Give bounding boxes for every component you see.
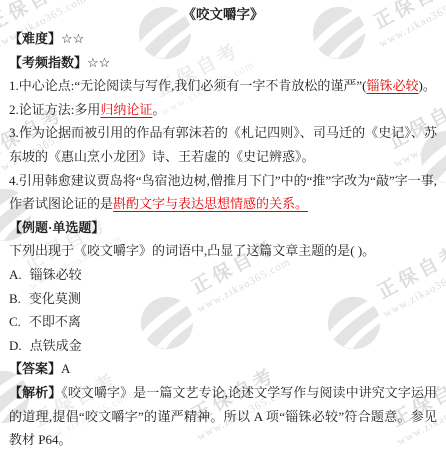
option-text: 不即不离	[29, 314, 81, 329]
answer-value: A	[61, 361, 70, 376]
note-paragraph: 4.引用韩愈建议贾岛将“鸟宿池边树,僧推月下门”中的“推”字改为“敲”字一事,作…	[9, 169, 437, 216]
analysis-row: 【解析】《咬文嚼字》是一篇文艺专论,论述文学写作与阅读中讲究文字运用的道理,提倡…	[9, 381, 437, 451]
highlighted-term: 锱铢必较	[366, 78, 418, 93]
option-row: B.变化莫测	[9, 287, 437, 311]
answer-row: 【答案】A	[9, 357, 437, 381]
page-title: 《咬文嚼字》	[9, 3, 437, 27]
frequency-stars: ☆☆	[87, 55, 110, 70]
option-text: 点铁成金	[30, 338, 82, 353]
note-text: 。	[152, 102, 165, 117]
answer-label: 【答案】	[9, 361, 61, 376]
option-row: D.点铁成金	[9, 334, 437, 358]
difficulty-stars: ☆☆	[61, 31, 84, 46]
note-paragraph: 3.作为论据而被引用的作品有郭沫若的《札记四则》、司马迁的《史记》、苏东坡的《惠…	[9, 121, 437, 168]
note-paragraph: 2.论证方法:多用归纳论证。	[9, 98, 437, 122]
notes-list: 1.中心论点:“无论阅读与写作,我们必须有一字不肯放松的谨严”(锱铢必较)。2.…	[9, 74, 437, 216]
option-row: A.锱铢必较	[9, 263, 437, 287]
difficulty-label: 【难度】	[9, 31, 61, 46]
highlighted-term: 斟酌文字与表达思想情感的关系。	[113, 196, 308, 211]
option-text: 变化莫测	[29, 291, 81, 306]
option-key: A.	[9, 267, 22, 282]
option-row: C.不即不离	[9, 310, 437, 334]
frequency-row: 【考频指数】☆☆	[9, 51, 437, 75]
option-key: C.	[9, 314, 21, 329]
example-header: 【例题·单选题】	[9, 216, 437, 240]
note-text: 1.中心论点:“无论阅读与写作,我们必须有一字不肯放松的谨严”(	[9, 78, 366, 93]
document-page: { "page_title": "《咬文嚼字》", "colors": { "t…	[0, 0, 446, 451]
note-text: )。	[419, 78, 436, 93]
note-text: 3.作为论据而被引用的作品有郭沫若的《札记四则》、司马迁的《史记》、苏东坡的《惠…	[9, 125, 437, 164]
lesson-notes-document: 《咬文嚼字》 【难度】☆☆ 【考频指数】☆☆ 1.中心论点:“无论阅读与写作,我…	[0, 0, 446, 451]
note-paragraph: 1.中心论点:“无论阅读与写作,我们必须有一字不肯放松的谨严”(锱铢必较)。	[9, 74, 437, 98]
option-key: B.	[9, 291, 21, 306]
question-text: 下列出现于《咬文嚼字》的词语中,凸显了这篇文章主题的是( )。	[9, 239, 437, 263]
analysis-text: 《咬文嚼字》是一篇文艺专论,论述文学写作与阅读中讲究文字运用的道理,提倡“咬文嚼…	[9, 385, 437, 447]
option-key: D.	[9, 338, 22, 353]
difficulty-row: 【难度】☆☆	[9, 27, 437, 51]
frequency-label: 【考频指数】	[9, 55, 87, 70]
option-text: 锱铢必较	[30, 267, 82, 282]
highlighted-term: 归纳论证	[100, 102, 152, 117]
options-list: A.锱铢必较B.变化莫测C.不即不离D.点铁成金	[9, 263, 437, 357]
note-text: 2.论证方法:多用	[9, 102, 100, 117]
analysis-label: 【解析】	[9, 385, 61, 400]
